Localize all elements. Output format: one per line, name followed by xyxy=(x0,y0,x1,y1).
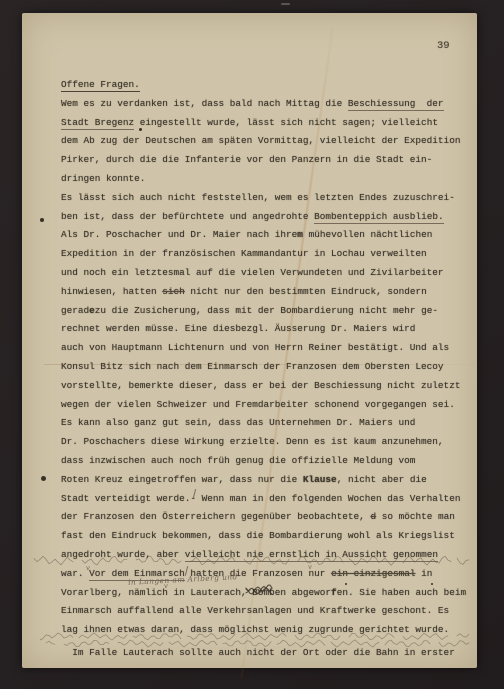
scan-background: 39 Offene Fragen.Wem es zu verdanken ist… xyxy=(0,0,504,689)
text-line: fast den Eindruck bekommen, dass die Bom… xyxy=(61,527,473,546)
text-line: war. Vor dem Einmarsch hatten die Franzo… xyxy=(61,565,473,584)
text-line: Vorarlberg, nämlich in Lauterach, Bomben… xyxy=(61,584,473,603)
text-line: wegen der vielen Schweizer und Fremdarbe… xyxy=(61,396,473,415)
text-line: Pirker, durch die die Infanterie vor den… xyxy=(61,151,473,170)
text-line: der Franzosen den Österreichern gegenübe… xyxy=(61,508,473,527)
text-line: geradezu die Zusicherung, dass mit der B… xyxy=(61,302,473,321)
text-line: hinwiesen, hatten sich nicht nur den bes… xyxy=(61,283,473,302)
text-line: Es lässt sich auch nicht feststellen, we… xyxy=(61,189,473,208)
text-line: Expedition in der französischen Kammanda… xyxy=(61,245,473,264)
section-heading: Offene Fragen. xyxy=(61,76,473,95)
text-line: vorstellte, bemerkte dieser, dass er bei… xyxy=(61,377,473,396)
text-line: Dr. Poschachers diese Wirkung erzielte. … xyxy=(61,433,473,452)
text-line: Im Falle Lauterach sollte auch nicht der… xyxy=(61,644,473,663)
text-line: Konsul Bitz sich nach dem Einmarsch der … xyxy=(61,358,473,377)
typed-text: Offene Fragen.Wem es zu verdanken ist, d… xyxy=(61,76,473,663)
text-line: Stadt Bregenz eingestellt wurde, lässt s… xyxy=(61,114,473,133)
text-line: Als Dr. Poschacher und Dr. Maier nach ih… xyxy=(61,226,473,245)
text-line: Wem es zu verdanken ist, dass bald nach … xyxy=(61,95,473,114)
text-line: und noch ein letztesmal auf die vielen V… xyxy=(61,264,473,283)
text-line: dringen konnte. xyxy=(61,170,473,189)
text-line: ben ist, dass der befürchtete und angedr… xyxy=(61,208,473,227)
text-line: angedroht wurde, aber vielleicht nie ern… xyxy=(61,546,473,565)
page-number: 39 xyxy=(437,40,450,52)
text-line: Es kann also ganz gut sein, dass das Unt… xyxy=(61,414,473,433)
text-line: dem Ab zug der Deutschen am späten Vormi… xyxy=(61,132,473,151)
text-line: Stadt verteidigt werde.- Wenn man in den… xyxy=(61,490,473,509)
scan-scratch xyxy=(281,3,290,5)
text-line: auch von Hauptmann Lichtenurn und von He… xyxy=(61,339,473,358)
text-line: Einmarsch auffallend alle Verkehrsanlage… xyxy=(61,602,473,621)
text-line: rechnet werden müsse. Eine diesbezgl. Äu… xyxy=(61,320,473,339)
text-line: lag ihnen etwas daran, dass möglichst we… xyxy=(61,621,473,640)
text-line: dass inzwischen auch noch früh genug die… xyxy=(61,452,473,471)
text-line: Roten Kreuz eingetroffen war, dass nur d… xyxy=(61,471,473,490)
